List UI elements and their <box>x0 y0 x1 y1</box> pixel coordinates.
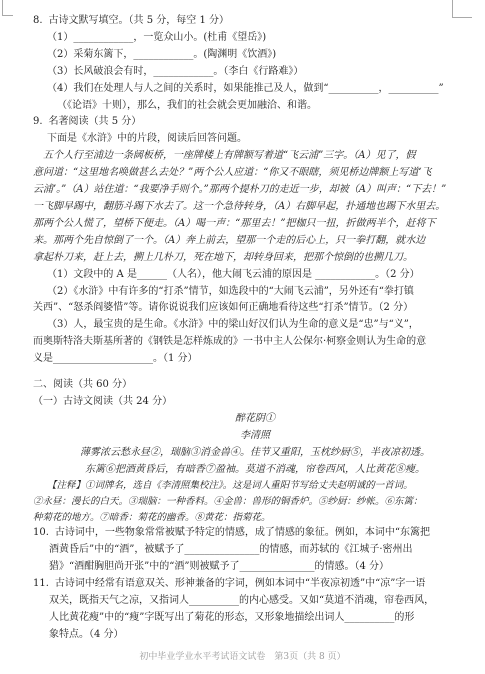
q8-number: 8. <box>33 15 43 26</box>
q11-line-2: 双关，既指天气之凉，又指词人__________的内心感受。又如“莫道不消魂，帘… <box>33 593 477 610</box>
q9-sub-3-continued-1: 而奥斯特洛夫斯基所著的《钢铁是怎样炼成的》一书中主人公保尔·柯察金则认为生命的意 <box>33 334 477 351</box>
page-footer: 初中毕业学业水平考试语文试卷 第3页（共 8 页） <box>0 649 485 662</box>
poem-author: 李清照 <box>33 428 477 445</box>
q9-heading: 9.名著阅读（共 5 分） <box>33 114 477 131</box>
poem-note-1: 【注释】①词牌名，选自《李清照集校注》。这是词人重阳节写给丈夫赵明诚的一首词。 <box>33 478 477 494</box>
q9-heading-text: 名著阅读（共 5 分） <box>49 116 142 127</box>
q9-passage-line-6: 来。那两个先自惊倒了一个。（A）奔上前去，望那一个走的后心上，只一拳打翻，就水边 <box>33 233 477 250</box>
page-content: 8.古诗文默写填空。（共 5 分，每空 1 分） （1）____________… <box>33 13 477 644</box>
q9-number: 9. <box>33 116 43 127</box>
q10-line-1: 10.古诗词中，一些物象常常被赋予特定的情感，成了情感的象征。例如，本词中“东篱… <box>33 525 477 542</box>
poem-note-2: ②永昼：漫长的白天。③瑞脑：一种香料。④金兽：兽形的铜香炉。⑤纱厨：纱帐。⑥东篱… <box>33 494 477 510</box>
q9-sub-2-continued: 关西”、“怒杀阎婆惜”等。请你说说我们应该如何正确地看待这些“打杀”情节。（2 … <box>33 300 477 317</box>
q8-item-4: （4）我们在处理人与人之间的关系时，如果能推己及人，做到“__________，… <box>33 81 477 98</box>
scan-corner-mark-top-left <box>2 0 13 16</box>
q9-passage-line-5: 那两个公人慌了，望桥下便走。（A）喝一声：“那里去！”把枷只一扭，折做两半个，赶… <box>33 216 477 233</box>
q10-line-1-text: 古诗词中，一些物象常常被赋予特定的情感，成了情感的象征。例如，本词中“东篱把 <box>55 527 430 538</box>
q9-intro: 下面是《水浒》中的片段，阅读后回答问题。 <box>33 131 477 148</box>
poem-note-3: 种菊花的地方。⑦暗香：菊花的幽香。⑧黄花：指菊花。 <box>33 510 477 526</box>
q9-passage-line-7: 拿起朴刀来，赶上去，搠上几朴刀，死在地下，却转身回来，把那个惊倒的也搠几刀。 <box>33 250 477 267</box>
q11-line-1-text: 古诗词中经常有语意双关、形神兼备的字词，例如本词中“半夜凉初透”中“凉”字一语 <box>55 578 425 589</box>
section2-heading: 二、阅读（共 60 分） <box>33 377 477 394</box>
poem-line-2: 东篱⑥把酒黄昏后，有暗香⑦盈袖。莫道不消魂，帘卷西风，人比黄花⑧瘦。 <box>33 462 477 479</box>
q9-passage-line-2: 意问道：“这里地名唤做甚么去处？”两个公人应道：“你又不眼瞎，须见桥边牌额上写道… <box>33 165 477 182</box>
q9-passage-line-4: 一飞脚早踢中，翻筋斗踢下水去了。这一个急待转身，（A）右脚早起，扑通地也踢下水里… <box>33 199 477 216</box>
exam-paper-page: 8.古诗文默写填空。（共 5 分，每空 1 分） （1）____________… <box>0 0 485 674</box>
q11-line-1: 11.古诗词中经常有语意双关、形神兼备的字词，例如本词中“半夜凉初透”中“凉”字… <box>33 576 477 593</box>
q8-heading: 8.古诗文默写填空。（共 5 分，每空 1 分） <box>33 13 477 30</box>
q9-sub-2: （2）《水浒》中有许多的“打杀”情节，如选段中的“大闹飞云浦”，另外还有“拳打镇 <box>33 284 477 301</box>
q10-line-2: 酒黄昏后”中的“酒”，被赋予了_______________的情感，而苏轼的《江… <box>33 542 477 559</box>
q8-item-3: （3）长风破浪会有时，____________。（李白《行路难》） <box>33 64 477 81</box>
q8-heading-text: 古诗文默写填空。（共 5 分，每空 1 分） <box>49 15 229 26</box>
poem-title: 醉花阴① <box>33 411 477 428</box>
q9-sub-1: （1）文段中的 A 是______（人名），他大闹飞云浦的原因是 _______… <box>33 267 477 284</box>
q11-line-4: 象特点。（4 分） <box>33 627 477 644</box>
poem-line-1: 薄雾浓云愁永昼②，瑞脑③消金兽④。佳节又重阳，玉枕纱厨⑤，半夜凉初透。 <box>33 445 477 462</box>
q8-item-2: （2）采菊东篱下，____________。(陶渊明《饮酒》) <box>33 47 477 64</box>
q10-line-3: 猎》“酒酣胸胆尚开张”中的“酒”则被赋予了_______________的情感。… <box>33 559 477 576</box>
q11-number: 11. <box>33 578 49 589</box>
q9-sub-3-continued-2: 义是____________________。（1 分） <box>33 351 477 368</box>
q9-sub-3: （3）人，最宝贵的是生命。《水浒》中的梁山好汉们认为生命的意义是“忠”与“义”， <box>33 317 477 334</box>
q10-number: 10. <box>33 527 49 538</box>
section2-subheading: （一）古诗文阅读（共 24 分） <box>33 394 477 411</box>
q11-line-3: 人比黄花瘦”中的“瘦”字既写出了菊花的形态，又形象地描绘出词人_________… <box>33 610 477 627</box>
q9-passage-line-1: 五个人行至浦边一条阔板桥，一座牌楼上有牌额写着道“飞云浦”三字。（A）见了，假 <box>33 148 477 165</box>
q8-item-1: （1）____________，一览众山小。(杜甫《望岳》) <box>33 30 477 47</box>
q9-passage-line-3: 云浦’。”（A）站住道：“我要净手则个。”那两个提朴刀的走近一步，却被（A）叫声… <box>33 182 477 199</box>
q8-item-4-continued: （《论语》十则），那么，我们的社会就会更加融洽、和谐。 <box>33 98 477 115</box>
